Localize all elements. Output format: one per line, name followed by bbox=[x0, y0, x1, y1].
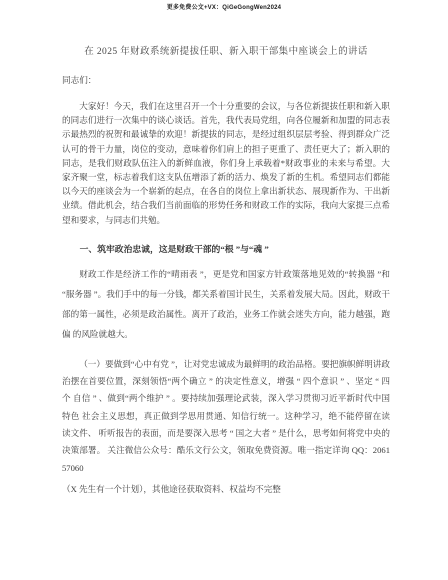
document-content: 在 2025 年财政系统新提拔任职、新入职干部集中座谈会上的讲话 同志们： 大家… bbox=[0, 43, 448, 498]
paragraph-opening: 大家好！今天，我们在这里召开一个十分重要的会议，与各位新提拔任职和新入职的同志们… bbox=[62, 99, 390, 227]
paragraph-disclaimer: （X 先生有一个计划），其他途径获取资料、权益均不完整 bbox=[62, 481, 390, 498]
paragraph-loyalty: （一）要做到“心中有党 ”，让对党忠诚成为最鲜明的政治品格。要把旗帜鲜明讲政 治… bbox=[62, 356, 390, 477]
section-heading-1: 一、筑牢政治忠诚，这是财政干部的“根 ”与“魂 ” bbox=[62, 242, 390, 255]
paragraph-finance-role: 财政工作是经济工作的“晴雨表 ”，更是党和国家方针政策落地见效的“转换器 ”和 … bbox=[62, 264, 390, 344]
document-title: 在 2025 年财政系统新提拔任职、新入职干部集中座谈会上的讲话 bbox=[62, 43, 390, 57]
document-page: 更多免费公文+VX：QiGeGongWen2024 在 2025 年财政系统新提… bbox=[0, 0, 448, 580]
salutation: 同志们： bbox=[62, 74, 390, 86]
promo-banner: 更多免费公文+VX：QiGeGongWen2024 bbox=[0, 0, 448, 11]
